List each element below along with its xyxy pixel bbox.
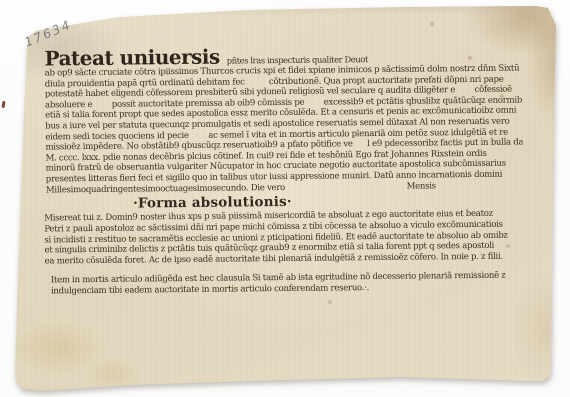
absolution-paragraph: Misereat tui z. Domin9 noster ihus xps p… xyxy=(44,208,524,267)
opening-paragraph: ab op9 sãcte cruciate cõtra ipiissimos T… xyxy=(45,63,523,195)
printed-text-block: Pateat uniuersis pñtes lras inspecturis … xyxy=(0,0,570,397)
forma-absolutionis-heading: ·Forma absolutionis· xyxy=(133,194,292,212)
item-clause-paragraph: Item in mortis articulo adiũgẽda est hec… xyxy=(51,270,524,296)
scan-background: 17634 Pateat uniuersis pñtes lras inspec… xyxy=(0,0,570,397)
opening-line-continuation: pñtes lras inspecturis qualiter Deuot xyxy=(227,54,368,65)
